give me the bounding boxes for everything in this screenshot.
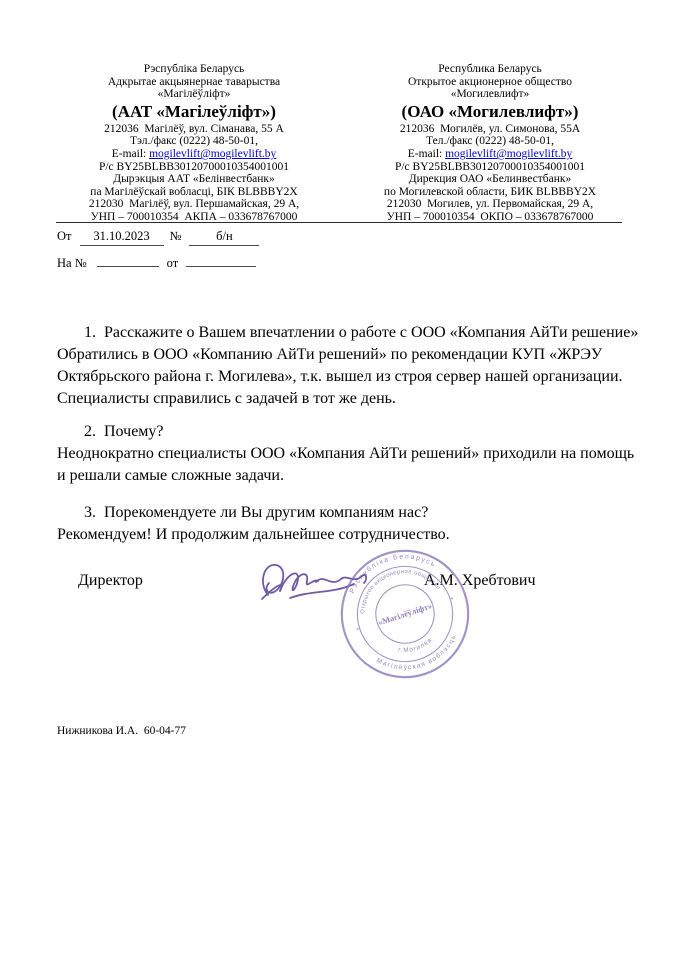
letter-number: б/н [189,229,259,246]
number-label: № [170,229,182,244]
country-name: Республика Беларусь [346,63,634,76]
stamp-center-text: «Магілёўліфт» [377,601,433,627]
reply-number-blank [97,253,159,267]
org-name: «Могилевлифт» [346,88,634,101]
body-line: Специалисты справились с задачей в тот ж… [57,388,638,410]
org-name: «Магілёўліфт» [50,88,338,101]
body-line: 3. Порекомендуете ли Вы другим компаниям… [57,502,450,524]
letter-date: 31.10.2023 [80,229,164,246]
org-email-line: E-mail: mogilevlift@mogilevlift.by [50,148,338,161]
paragraph-question-1: 1. Расскажите о Вашем впечатлении о рабо… [57,322,638,410]
stamp-separator-right: * [450,596,456,604]
org-account: Р/с BY25BLBB30120700010354001001 [346,161,634,174]
org-phone: Тэл./факс (0222) 48-50-01, [50,135,338,148]
org-phone: Тел./факс (0222) 48-50-01, [346,135,634,148]
bank-region: по Могилевской области, БИК BLBBBY2X [346,186,634,199]
letterhead-divider [56,222,622,223]
org-type: Адкрытае акцыянернае таварыства [50,76,338,89]
from-label: От [57,229,72,244]
body-line: Неоднократно специалисты ООО «Компания А… [57,443,634,465]
org-short-name: (ОАО «Могилевлифт») [346,102,634,122]
bank-address: 212030 Могилев, ул. Первомайская, 29 А, [346,198,634,211]
country-name: Рэспубліка Беларусь [50,63,338,76]
email-link[interactable]: mogilevlift@mogilevlift.by [149,148,276,160]
official-stamp: Рэспубліка Беларусь Магілёўская вобласць… [337,546,473,682]
email-label: E-mail: [112,148,149,160]
executor-contact: Нижникова И.А. 60-04-77 [57,725,186,737]
org-address: 212036 Магілёў, вул. Сіманава, 55 А [50,123,338,136]
org-account: Р/с BY25BLBB30120700010354001001 [50,161,338,174]
letterhead: Рэспубліка Беларусь Адкрытае акцыянернае… [50,63,634,224]
reply-reference-row: На №от [57,253,256,271]
body-line: Рекомендуем! И продолжим дальнейшее сотр… [57,524,450,546]
reply-date-label: от [167,256,179,270]
letterhead-left: Рэспубліка Беларусь Адкрытае акцыянернае… [50,63,338,224]
body-line: Октябрьского района г. Могилева», т.к. в… [57,366,638,388]
body-line: 2. Почему? [57,421,634,443]
paragraph-question-2: 2. Почему? Неоднократно специалисты ООО … [57,421,634,487]
reply-date-blank [186,253,256,267]
letterhead-right: Республика Беларусь Открытое акционерное… [346,63,634,224]
signer-position: Директор [78,572,143,590]
org-short-name: (ААТ «Магілеўліфт») [50,102,338,122]
body-line: Обратились в ООО «Компанию АйТи решений»… [57,344,638,366]
letter-document: Рэспубліка Беларусь Адкрытае акцыянернае… [0,0,678,960]
org-address: 212036 Могилёв, ул. Симонова, 55А [346,123,634,136]
reference-row: От31.10.2023№б/н [57,229,259,246]
bank-name: Дирекция ОАО «Белинвестбанк» [346,173,634,186]
bank-address: 212030 Магілёў, вул. Першамайская, 29 А, [50,198,338,211]
email-link[interactable]: mogilevlift@mogilevlift.by [445,148,572,160]
body-line: и решали самые сложные задачи. [57,465,634,487]
org-email-line: E-mail: mogilevlift@mogilevlift.by [346,148,634,161]
body-line: 1. Расскажите о Вашем впечатлении о рабо… [57,322,638,344]
bank-name: Дырэкцыя ААТ «Белінвестбанк» [50,173,338,186]
org-type: Открытое акционерное общество [346,76,634,89]
paragraph-question-3: 3. Порекомендуете ли Вы другим компаниям… [57,502,450,546]
bank-region: па Магілёўскай вобласці, БІК BLBBBY2X [50,186,338,199]
reply-label: На № [57,256,87,270]
email-label: E-mail: [408,148,445,160]
